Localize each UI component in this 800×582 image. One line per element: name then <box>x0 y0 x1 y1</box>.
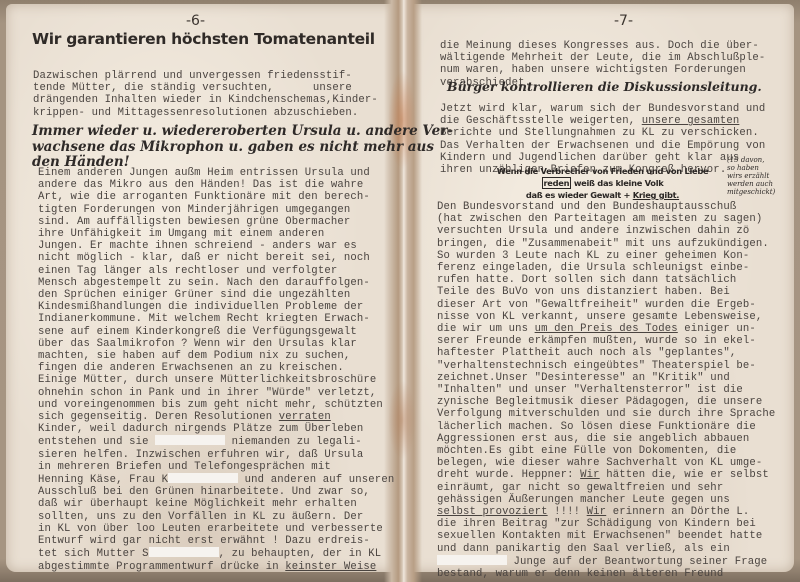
booklet-spread: -6- Wir garantieren höchsten Tomatenante… <box>0 0 800 582</box>
left-page-number: -6- <box>186 13 205 29</box>
slogan-text: weiß das kleine Volk <box>574 178 664 188</box>
right-paragraph-3: Den Bundesvorstand und den Bundeshauptau… <box>437 201 775 580</box>
slogan-text: Wenn die Verbrecher von Frieden und von … <box>497 166 709 176</box>
right-margin-note: (15 davon, so haben wirs erzählt werden … <box>727 156 775 196</box>
left-handwritten-note: Immer wieder u. wiedereroberten Ursula u… <box>32 124 453 171</box>
pasted-slogan: Wenn die Verbrecher von Frieden und von … <box>485 165 720 201</box>
redaction-box <box>168 473 238 483</box>
redaction-box <box>155 435 225 445</box>
slogan-underlined: Krieg gibt. <box>633 190 679 200</box>
left-paragraph-1: Dazwischen plärrend und unvergessen frie… <box>33 70 378 119</box>
redaction-box <box>149 547 219 557</box>
slogan-boxed-word: reden <box>542 177 572 189</box>
left-paragraph-2: Einem anderen Jungen außm Heim entrissen… <box>38 167 394 573</box>
left-page-title: Wir garantieren höchsten Tomatenanteil <box>32 30 375 48</box>
right-handwritten-heading: Bürger kontrollieren die Diskussionsleit… <box>447 79 762 94</box>
right-page-number: -7- <box>614 13 633 29</box>
slogan-text: daß es wieder Gewalt + <box>526 190 630 200</box>
redaction-box <box>437 555 507 565</box>
